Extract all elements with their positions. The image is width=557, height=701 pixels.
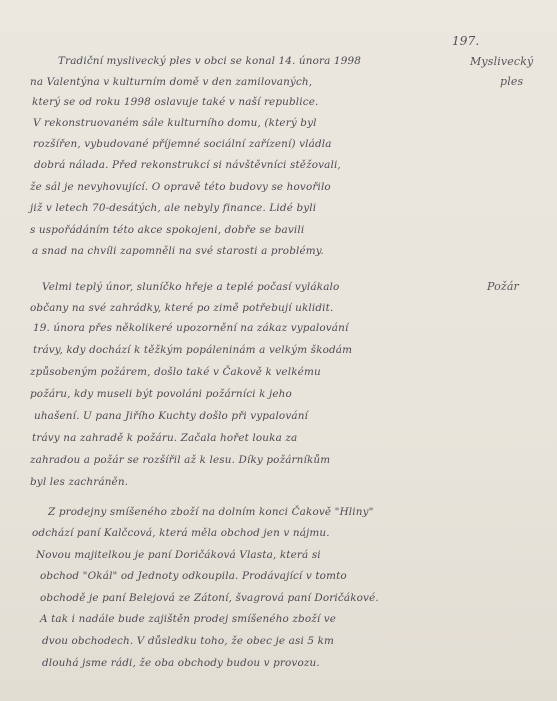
margin-note-myslivecky: Myslivecký [470, 55, 533, 68]
text-line: dobrá nálada. Před rekonstrukcí si návšt… [34, 159, 341, 171]
text-line: V rekonstruovaném sále kulturního domu, … [33, 117, 317, 129]
text-line: Velmi teplý únor, sluníčko hřeje a teplé… [42, 281, 339, 293]
text-line: dlouhá jsme rádi, že oba obchody budou v… [42, 657, 320, 669]
text-line: způsobeným požárem, došlo také v Čakově … [30, 366, 321, 378]
text-line: rozšířen, vybudované příjemné sociální z… [33, 138, 332, 150]
text-line: požáru, kdy museli být povoláni požárníc… [30, 388, 292, 400]
text-line: trávy, kdy dochází k těžkým popáleninám … [33, 344, 352, 356]
text-line: dvou obchodech. V důsledku toho, že obec… [42, 635, 334, 647]
text-line: odchází paní Kalčcová, která měla obchod… [32, 527, 330, 539]
margin-note-pozar: Požár [487, 280, 519, 293]
text-line: na Valentýna v kulturním domě v den zami… [30, 76, 312, 88]
margin-note-ples: ples [500, 75, 523, 88]
page-number: 197. [452, 34, 479, 48]
text-line: byl les zachráněn. [30, 476, 128, 488]
text-line: Z prodejny smíšeného zboží na dolním kon… [48, 506, 374, 518]
text-line: Tradiční myslivecký ples v obci se konal… [58, 55, 361, 67]
handwritten-chronicle-page: 197. Myslivecký ples Požár Tradiční mysl… [0, 0, 557, 701]
text-line: obchodě je paní Belejová ze Zátoní, švag… [40, 592, 379, 604]
text-line: že sál je nevyhovující. O opravě této bu… [30, 181, 331, 193]
text-line: občany na své zahrádky, které po zimě po… [30, 302, 333, 314]
text-line: Novou majitelkou je paní Doričáková Vlas… [36, 549, 321, 561]
text-line: který se od roku 1998 oslavuje také v na… [32, 96, 318, 108]
text-line: již v letech 70-desátých, ale nebyly fin… [30, 202, 316, 214]
text-line: trávy na zahradě k požáru. Začala hořet … [32, 432, 297, 444]
text-line: a snad na chvíli zapomněli na své staros… [32, 245, 324, 257]
text-line: s uspořádáním této akce spokojeni, dobře… [30, 224, 304, 236]
text-line: 19. února přes několikeré upozornění na … [33, 322, 348, 334]
text-line: obchod "Okál" od Jednoty odkoupila. Prod… [40, 570, 347, 582]
text-line: A tak i nadále bude zajištěn prodej smíš… [40, 613, 336, 625]
text-line: uhašení. U pana Jiřího Kuchty došlo při … [34, 410, 308, 422]
text-line: zahradou a požár se rozšířil až k lesu. … [30, 454, 330, 466]
